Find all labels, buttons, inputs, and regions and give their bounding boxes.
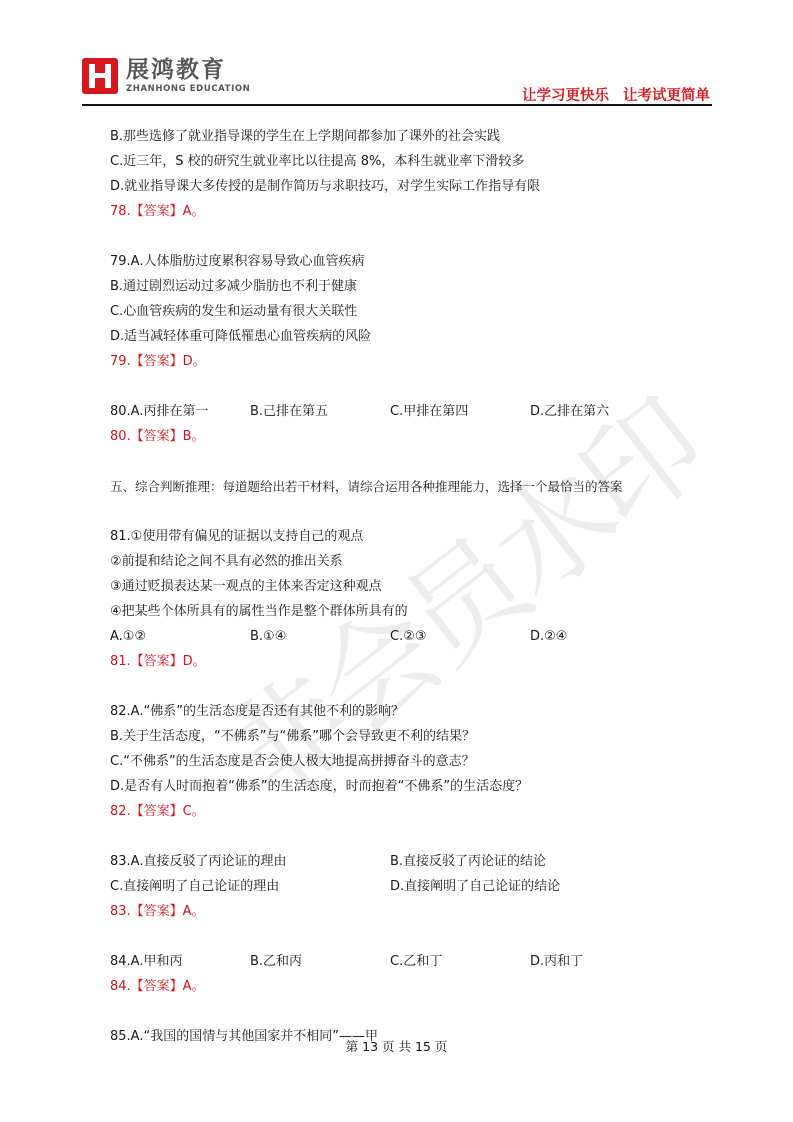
option: 83.A.直接反驳了丙论证的理由 — [110, 849, 390, 874]
question-83-options-row: C.直接阐明了自己论证的理由 D.直接阐明了自己论证的结论 — [110, 874, 710, 899]
page-number: 第 13 页 共 15 页 — [0, 1037, 793, 1055]
brand-logo: 展鸿教育 ZHANHONG EDUCATION — [82, 57, 250, 94]
question-79-option: D.适当减轻体重可降低罹患心血管疾病的风险 — [110, 324, 710, 349]
option: D.乙排在第六 — [530, 399, 670, 424]
option: B.①④ — [250, 624, 390, 649]
option: C.甲排在第四 — [390, 399, 530, 424]
question-84-options: 84.A.甲和丙 B.乙和丙 C.乙和丁 D.丙和丁 — [110, 949, 710, 974]
option: D.直接阐明了自己论证的结论 — [390, 874, 670, 899]
question-81-statement: ④把某些个体所具有的属性当作是整个群体所具有的 — [110, 599, 710, 624]
answer-82: 82.【答案】C。 — [110, 799, 710, 824]
question-79-option: C.心血管疾病的发生和运动量有很大关联性 — [110, 299, 710, 324]
section-heading: 五、综合判断推理：每道题给出若干材料，请综合运用各种推理能力，选择一个最恰当的答… — [110, 474, 710, 499]
document-body: B.那些选修了就业指导课的学生在上学期间都参加了课外的社会实践 C.近三年，S … — [110, 124, 710, 1049]
option: B.乙和丙 — [250, 949, 390, 974]
answer-79: 79.【答案】D。 — [110, 349, 710, 374]
answer-84: 84.【答案】A。 — [110, 974, 710, 999]
option: 84.A.甲和丙 — [110, 949, 250, 974]
question-80-options: 80.A.丙排在第一 B.己排在第五 C.甲排在第四 D.乙排在第六 — [110, 399, 710, 424]
option: D.②④ — [530, 624, 670, 649]
question-79-option: B.通过剧烈运动过多减少脂肪也不利于健康 — [110, 274, 710, 299]
question-82-option: 82.A.“佛系”的生活态度是否还有其他不利的影响？ — [110, 699, 710, 724]
slogan-part-1: 让学习更快乐 — [522, 84, 609, 105]
question-81-statement: ②前提和结论之间不具有必然的推出关系 — [110, 549, 710, 574]
slogan: 让学习更快乐 让考试更简单 — [522, 84, 710, 105]
logo-chinese-name: 展鸿教育 — [126, 57, 250, 83]
page-header: 展鸿教育 ZHANHONG EDUCATION 让学习更快乐 让考试更简单 — [0, 0, 793, 110]
logo-h-icon — [82, 58, 118, 94]
question-83-options-row: 83.A.直接反驳了丙论证的理由 B.直接反驳了丙论证的结论 — [110, 849, 710, 874]
option: B.直接反驳了丙论证的结论 — [390, 849, 670, 874]
answer-78: 78.【答案】A。 — [110, 199, 710, 224]
option: C.②③ — [390, 624, 530, 649]
header-divider — [82, 104, 712, 106]
question-81-statement: 81.①使用带有偏见的证据以支持自己的观点 — [110, 524, 710, 549]
option: C.直接阐明了自己论证的理由 — [110, 874, 390, 899]
option-line: D.就业指导课大多传授的是制作简历与求职技巧，对学生实际工作指导有限 — [110, 174, 710, 199]
slogan-part-2: 让考试更简单 — [623, 84, 710, 105]
answer-83: 83.【答案】A。 — [110, 899, 710, 924]
logo-english-name: ZHANHONG EDUCATION — [126, 84, 250, 94]
option: D.丙和丁 — [530, 949, 670, 974]
answer-80: 80.【答案】B。 — [110, 424, 710, 449]
question-82-option: D.是否有人时而抱着“佛系”的生活态度，时而抱着“不佛系”的生活态度？ — [110, 774, 710, 799]
question-81-options: A.①② B.①④ C.②③ D.②④ — [110, 624, 710, 649]
question-82-option: C.“不佛系”的生活态度是否会使人极大地提高拼搏奋斗的意志？ — [110, 749, 710, 774]
option: C.乙和丁 — [390, 949, 530, 974]
option-line: B.那些选修了就业指导课的学生在上学期间都参加了课外的社会实践 — [110, 124, 710, 149]
option: B.己排在第五 — [250, 399, 390, 424]
answer-81: 81.【答案】D。 — [110, 649, 710, 674]
option-line: C.近三年，S 校的研究生就业率比以往提高 8%，本科生就业率下滑较多 — [110, 149, 710, 174]
question-79-option: 79.A.人体脂肪过度累积容易导致心血管疾病 — [110, 249, 710, 274]
option: 80.A.丙排在第一 — [110, 399, 250, 424]
option: A.①② — [110, 624, 250, 649]
question-82-option: B.关于生活态度，“不佛系”与“佛系”哪个会导致更不利的结果？ — [110, 724, 710, 749]
question-81-statement: ③通过贬损表达某一观点的主体来否定这种观点 — [110, 574, 710, 599]
